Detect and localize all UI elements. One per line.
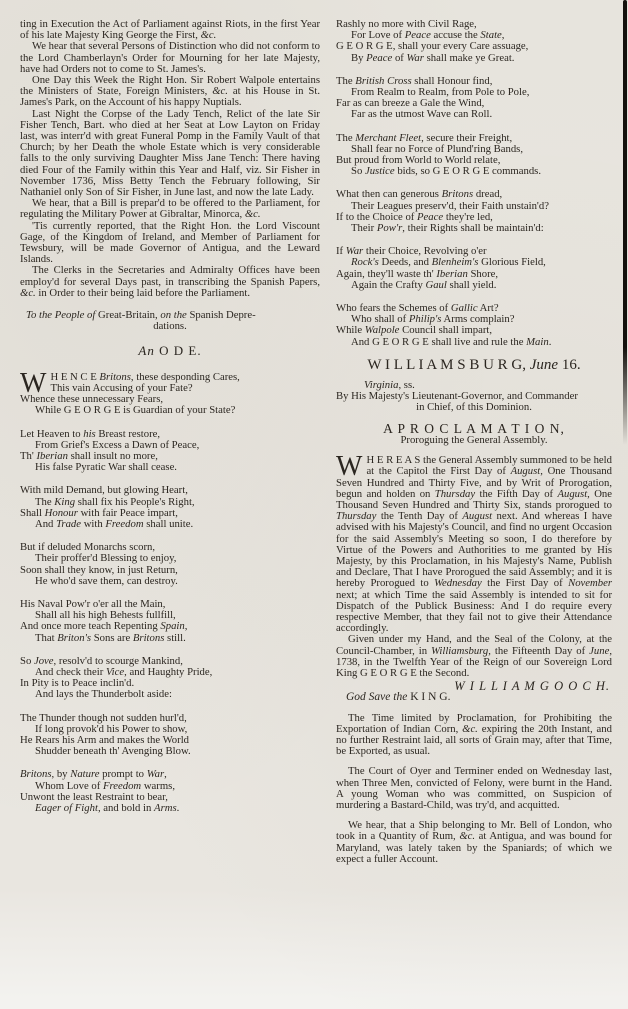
ode-stanza: The Merchant Fleet, secure their Freight… bbox=[336, 133, 612, 178]
drop-capital: W bbox=[20, 372, 50, 394]
verse-line: So Justice bids, so G E O R G E commands… bbox=[336, 166, 612, 177]
verse-line: And Trade with Freedom shall unite. bbox=[20, 519, 320, 530]
verse-line: Again the Crafty Gaul shall yield. bbox=[336, 280, 612, 291]
news-item: We hear that several Persons of Distinct… bbox=[20, 41, 320, 75]
news-item: ting in Execution the Act of Parliament … bbox=[20, 19, 320, 41]
ode-stanza: WH E N C E Britons, these desponding Car… bbox=[20, 372, 320, 417]
news-item: 'Tis currently reported, that the Right … bbox=[20, 221, 320, 266]
newspaper-page: ting in Execution the Act of Parliament … bbox=[0, 0, 628, 1009]
verse-line: Their proffer'd Blessing to enjoy, bbox=[20, 553, 320, 564]
proclamation-title: A P R O C L A M A T I O N, bbox=[336, 423, 612, 434]
news-item: The Clerks in the Secretaries and Admira… bbox=[20, 265, 320, 299]
verse-line: Britons, by Nature prompt to War, bbox=[20, 769, 320, 780]
verse-line: He who'd save them, can destroy. bbox=[20, 576, 320, 587]
news-item: The Time limited by Proclamation, for Pr… bbox=[336, 713, 612, 758]
ode-title: An O D E. bbox=[20, 345, 320, 356]
verse-line: Their Pow'r, their Rights shall be maint… bbox=[336, 223, 612, 234]
ode-stanza: If War their Choice, Revolving o'erRock'… bbox=[336, 246, 612, 291]
ode-stanza: But if deluded Monarchs scorn,Their prof… bbox=[20, 542, 320, 587]
ode-stanza: His Naval Pow'r o'er all the Main,Shall … bbox=[20, 599, 320, 644]
news-item: Last Night the Corpse of the Lady Tench,… bbox=[20, 109, 320, 199]
ode-stanza: So Jove, resolv'd to scourge Mankind,And… bbox=[20, 656, 320, 701]
right-column: Rashly no more with Civil Rage,For Love … bbox=[336, 19, 612, 865]
left-column: ting in Execution the Act of Parliament … bbox=[20, 19, 320, 826]
news-item: We hear, that a Bill is prepar'd to be o… bbox=[20, 198, 320, 220]
ode-stanza: What then can generous Britons dread,The… bbox=[336, 189, 612, 234]
ode-stanza: The British Cross shall Honour find,From… bbox=[336, 76, 612, 121]
ode-stanza: With mild Demand, but glowing Heart,The … bbox=[20, 485, 320, 530]
scan-edge-artifact bbox=[623, 0, 627, 445]
verse-line: While G E O R G E is Guardian of your St… bbox=[20, 405, 320, 416]
news-item: We hear, that a Ship belonging to Mr. Be… bbox=[336, 820, 612, 865]
verse-line: Rock's Deeds, and Blenheim's Glorious Fi… bbox=[336, 257, 612, 268]
verse-line: And lays the Thunderbolt aside: bbox=[20, 689, 320, 700]
verse-line: While Walpole Council shall impart, bbox=[336, 325, 612, 336]
proclamation-subtitle: Proroguing the General Assembly. bbox=[336, 435, 612, 446]
verse-line: Far as the utmost Wave can Roll. bbox=[336, 109, 612, 120]
god-save-the-king: God Save the K I N G. bbox=[336, 692, 612, 703]
verse-line: And G E O R G E shall live and rule the … bbox=[336, 337, 612, 348]
ode-dedication-cont: dations. bbox=[20, 321, 320, 332]
verse-line: Eager of Fight, and bold in Arms. bbox=[20, 803, 320, 814]
verse-line: His false Pyratic War shall cease. bbox=[20, 462, 320, 473]
ode-stanza: Rashly no more with Civil Rage,For Love … bbox=[336, 19, 612, 64]
news-item: One Day this Week the Right Hon. Sir Rob… bbox=[20, 75, 320, 109]
drop-capital: W bbox=[336, 455, 366, 477]
proclamation-attestation: Given under my Hand, and the Seal of the… bbox=[336, 634, 612, 679]
verse-line: By Peace of War shall make ye Great. bbox=[336, 53, 612, 64]
verse-line: What then can generous Britons dread, bbox=[336, 189, 612, 200]
ode-stanza: Who fears the Schemes of Gallic Art?Who … bbox=[336, 303, 612, 348]
verse-line: That Briton's Sons are Britons still. bbox=[20, 633, 320, 644]
news-item: The Court of Oyer and Terminer ended on … bbox=[336, 766, 612, 811]
ode-stanza: Let Heaven to his Breast restore,From Gr… bbox=[20, 429, 320, 474]
williamsburg-dateline: W I L L I A M S B U R G, June 16. bbox=[336, 360, 612, 371]
ode-stanza: The Thunder though not sudden hurl'd,If … bbox=[20, 713, 320, 758]
ode-stanza: Britons, by Nature prompt to War,Whom Lo… bbox=[20, 769, 320, 814]
governor-attribution-cont: in Chief, of this Dominion. bbox=[336, 402, 612, 413]
verse-line: Shudder beneath th' Avenging Blow. bbox=[20, 746, 320, 757]
proclamation-body: WH E R E A S the General Assembly summon… bbox=[336, 455, 612, 634]
